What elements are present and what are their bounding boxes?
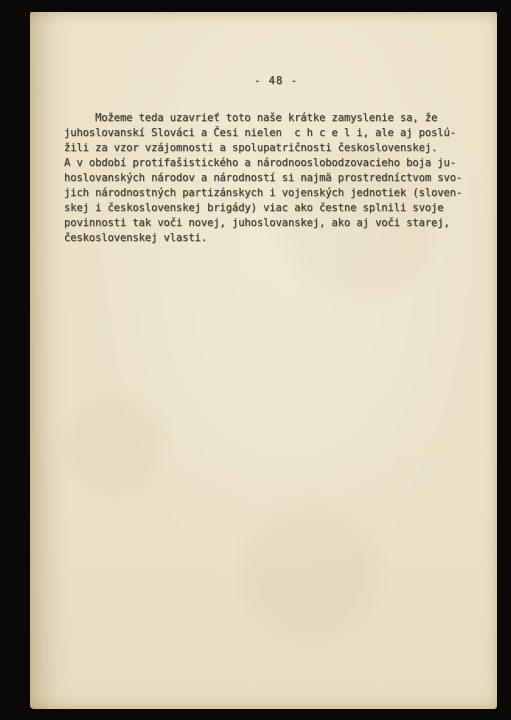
stray-ink-mark: ': [431, 224, 436, 234]
page-number: - 48 -: [254, 74, 298, 89]
text-line: juhoslovanskí Slováci a Česi nielen c h …: [64, 126, 462, 141]
text-line: československej vlasti.: [64, 231, 462, 246]
scanned-book-photo: - 48 - Možeme teda uzavrieť toto naše kr…: [0, 0, 511, 720]
text-line: skej i československej brigády) viac ako…: [64, 201, 462, 216]
book-page: - 48 - Možeme teda uzavrieť toto naše kr…: [30, 12, 497, 709]
text-line: hoslovanských národov a národností si na…: [64, 171, 462, 186]
text-line: žili za vzor vzájomnosti a spolupatrično…: [64, 141, 462, 156]
text-line: A v období protifašistického a národnoos…: [64, 156, 462, 171]
text-line: jich národnostných partizánskych i vojen…: [64, 186, 462, 201]
body-paragraph: Možeme teda uzavrieť toto naše krátke za…: [64, 111, 462, 246]
text-line: povinnosti tak voči novej, juhoslovanske…: [64, 216, 462, 231]
text-line: Možeme teda uzavrieť toto naše krátke za…: [64, 111, 462, 126]
